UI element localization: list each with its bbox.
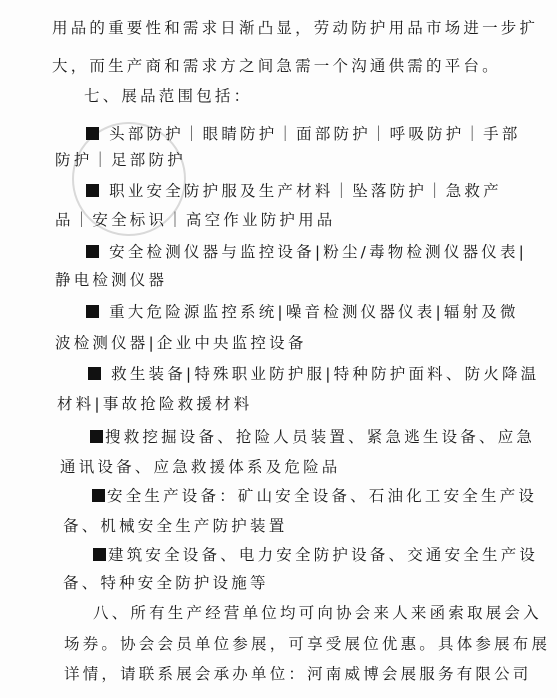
section-7-heading: 七、展品范围包括： xyxy=(84,86,252,106)
list-item-2-line-1: 职业安全防护服及生产材料｜坠落防护｜急救产 xyxy=(86,181,502,201)
bullet-square-icon xyxy=(93,548,106,561)
item-text: 职业安全防护服及生产材料｜坠落防护｜急救产 xyxy=(101,182,502,200)
item-text: 重大危险源监控系统|噪音检测仪器仪表|辐射及微 xyxy=(101,303,519,321)
section-8-line-3: 详情，请联系展会承办单位：河南威博会展服务有限公司 xyxy=(64,664,532,684)
item-text: 搜救挖掘设备、抢险人员装置、紧急逃生设备、应急 xyxy=(105,428,535,446)
bullet-square-icon xyxy=(88,367,101,380)
list-item-7-line-2: 备、机械安全生产防护装置 xyxy=(63,516,287,536)
list-item-1-line-2: 防护｜足部防护 xyxy=(55,150,186,170)
item-text: 建筑安全设备、电力安全防护设备、交通安全生产设 xyxy=(108,546,538,564)
list-item-1-line-1: 头部防护｜眼睛防护｜面部防护｜呼吸防护｜手部 xyxy=(86,124,521,144)
item-text: 安全生产设备：矿山安全设备、石油化工安全生产设 xyxy=(107,487,537,505)
bullet-square-icon xyxy=(86,305,99,318)
bullet-square-icon xyxy=(86,127,99,140)
list-item-3-line-1: 安全检测仪器与监控设备|粉尘/毒物检测仪器仪表| xyxy=(86,242,527,262)
list-item-8-line-1: 建筑安全设备、电力安全防护设备、交通安全生产设 xyxy=(93,545,538,565)
bullet-square-icon xyxy=(86,184,99,197)
item-text: 救生装备|特殊职业防护服|特种防护面料、防火降温 xyxy=(103,365,539,383)
bullet-square-icon xyxy=(90,430,103,443)
list-item-5-line-2: 材料|事故抢险救援材料 xyxy=(57,394,252,414)
list-item-6-line-1: 搜救挖掘设备、抢险人员装置、紧急逃生设备、应急 xyxy=(90,427,535,447)
intro-line-2: 大，而生产商和需求方之间急需一个沟通供需的平台。 xyxy=(52,56,501,76)
section-8-line-2: 场券。协会会员单位参展，可享受展位优惠。具体参展布展 xyxy=(64,634,550,654)
list-item-6-line-2: 通讯设备、应急救援体系及危险品 xyxy=(60,457,341,477)
list-item-7-line-1: 安全生产设备：矿山安全设备、石油化工安全生产设 xyxy=(92,486,537,506)
list-item-2-line-2: 品｜安全标识｜高空作业防护用品 xyxy=(55,210,336,230)
bullet-square-icon xyxy=(92,489,105,502)
document-page: 用品的重要性和需求日渐凸显，劳动防护用品市场进一步扩 大，而生产商和需求方之间急… xyxy=(0,0,557,698)
list-item-5-line-1: 救生装备|特殊职业防护服|特种防护面料、防火降温 xyxy=(88,364,539,384)
list-item-8-line-2: 备、特种安全防护设施等 xyxy=(63,573,269,593)
section-8-line-1: 八、所有生产经营单位均可向协会来人来函索取展会入 xyxy=(93,603,542,623)
bullet-square-icon xyxy=(86,245,99,258)
list-item-4-line-1: 重大危险源监控系统|噪音检测仪器仪表|辐射及微 xyxy=(86,302,519,322)
list-item-3-line-2: 静电检测仪器 xyxy=(55,270,167,290)
item-text: 头部防护｜眼睛防护｜面部防护｜呼吸防护｜手部 xyxy=(101,125,521,143)
list-item-4-line-2: 波检测仪器|企业中央监控设备 xyxy=(55,333,307,353)
item-text: 安全检测仪器与监控设备|粉尘/毒物检测仪器仪表| xyxy=(101,243,527,261)
intro-line-1: 用品的重要性和需求日渐凸显，劳动防护用品市场进一步扩 xyxy=(52,18,538,38)
